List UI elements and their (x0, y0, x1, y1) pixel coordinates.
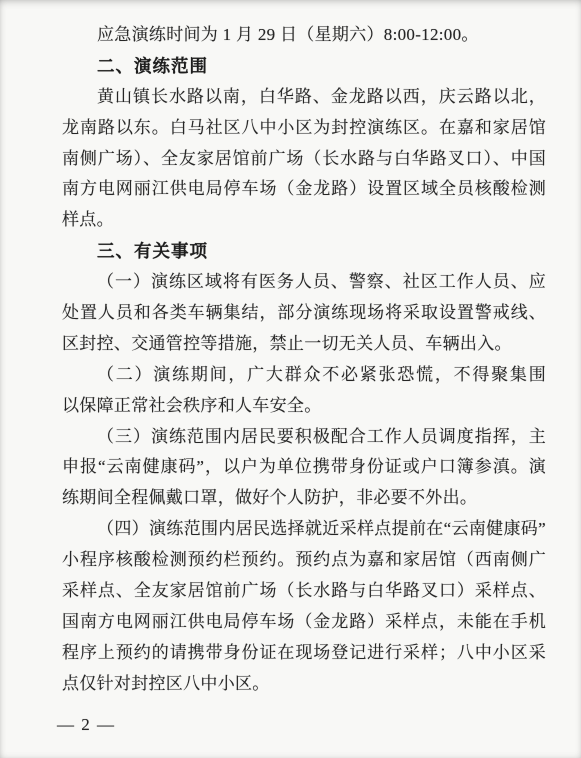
doc-line: 处置人员和各类车辆集结，部分演练现场将采取设置警戒线、社 (62, 298, 546, 329)
doc-line: 龙南路以东。白马社区八中小区为封控演练区。在嘉和家居馆（西 (62, 113, 546, 144)
doc-line: 小程序核酸检测预约栏预约。预约点为嘉和家居馆（西南侧广场） (62, 545, 546, 576)
heading-related-matters: 三、有关事项 (62, 236, 546, 267)
doc-line: 点仅针对封控区八中小区。 (62, 669, 546, 700)
doc-line: 南侧广场）、全友家居馆前广场（长水路与白华路叉口）、中国 (62, 144, 546, 175)
doc-line-item-2: （二）演练期间，广大群众不必紧张恐慌，不得聚集围观， (62, 360, 546, 391)
document-body: 应急演练时间为 1 月 29 日（星期六）8:00-12:00。 二、演练范围 … (62, 20, 546, 700)
doc-line: 国南方电网丽江供电局停车场（金龙路）采样点，未能在手机小 (62, 607, 546, 638)
doc-line: 采样点、全友家居馆前广场（长水路与白华路叉口）采样点、中 (62, 576, 546, 607)
doc-line: 区封控、交通管控等措施，禁止一切无关人员、车辆出入。 (62, 329, 546, 360)
doc-line: 以保障正常社会秩序和人车安全。 (62, 391, 546, 422)
doc-line: 样点。 (62, 205, 546, 236)
doc-line: 申报“云南健康码”，以户为单位携带身份证或户口簿参滇。演 (62, 452, 546, 483)
doc-line-item-4: （四）演练范围内居民选择就近采样点提前在“云南健康码” (62, 514, 546, 545)
heading-drill-scope: 二、演练范围 (62, 51, 546, 82)
page-number: — 2 — (57, 709, 116, 740)
doc-line: 练期间全程佩戴口罩，做好个人防护，非必要不外出。 (62, 483, 546, 514)
doc-line: 黄山镇长水路以南，白华路、金龙路以西，庆云路以北，青 (62, 82, 546, 113)
doc-line-item-1: （一）演练区域将有医务人员、警察、社区工作人员、应急 (62, 267, 546, 298)
scanned-page: 应急演练时间为 1 月 29 日（星期六）8:00-12:00。 二、演练范围 … (0, 0, 581, 758)
doc-line-drill-time: 应急演练时间为 1 月 29 日（星期六）8:00-12:00。 (62, 20, 546, 51)
doc-line: 南方电网丽江供电局停车场（金龙路）设置区域全员核酸检测采 (62, 174, 546, 205)
doc-line: 程序上预约的请携带身份证在现场登记进行采样；八中小区采样 (62, 638, 546, 669)
doc-line-item-3: （三）演练范围内居民要积极配合工作人员调度指挥，主动 (62, 422, 546, 453)
